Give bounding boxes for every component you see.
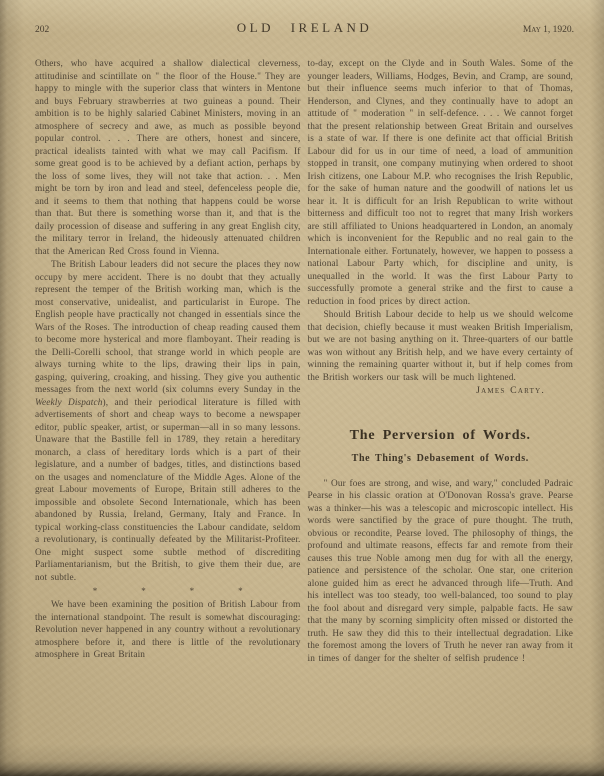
asterisk-glyph: *	[141, 587, 146, 596]
asterisk-separator: * * * *	[93, 587, 243, 596]
two-column-body: Others, who have acquired a shallow dial…	[35, 58, 573, 758]
issue-date: May 1, 1920.	[504, 25, 574, 35]
paragraph: Should British Labour decide to help us …	[308, 309, 574, 384]
paragraph: The British Labour leaders did not secur…	[35, 259, 301, 584]
asterisk-glyph: *	[190, 587, 195, 596]
author-byline: James Carty.	[308, 385, 574, 398]
page-number: 202	[35, 25, 105, 35]
paragraph: Others, who have acquired a shallow dial…	[35, 58, 301, 258]
asterisk-glyph: *	[238, 587, 243, 596]
paragraph: to-day, except on the Clyde and in South…	[308, 58, 574, 308]
masthead-title: OLD IRELAND	[105, 20, 504, 36]
article-title: The Perversion of Words.	[308, 430, 574, 443]
scanned-page: 202 OLD IRELAND May 1, 1920. Others, who…	[0, 0, 604, 776]
article-subtitle: The Thing's Debasement of Words.	[308, 453, 574, 466]
page-header: 202 OLD IRELAND May 1, 1920.	[35, 20, 574, 38]
asterisk-glyph: *	[93, 587, 98, 596]
paragraph: " Our foes are strong, and wise, and war…	[308, 478, 574, 666]
right-column: to-day, except on the Clyde and in South…	[308, 58, 574, 758]
left-column: Others, who have acquired a shallow dial…	[35, 58, 301, 758]
paragraph: We have been examining the position of B…	[35, 599, 301, 662]
